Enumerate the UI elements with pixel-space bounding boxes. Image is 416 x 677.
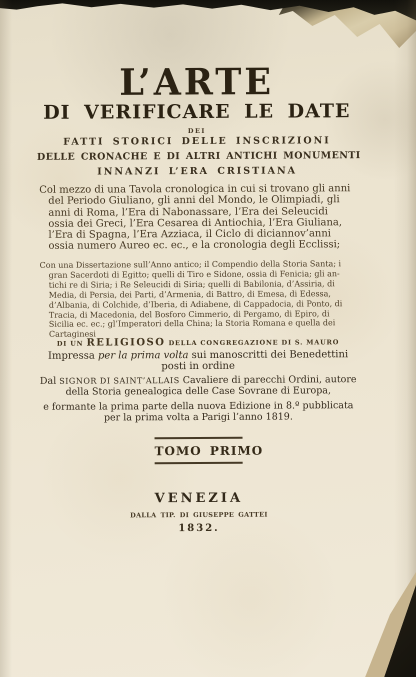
subtitle-line1: FATTI STORICI DELLE INSCRIZIONI — [37, 135, 357, 148]
impressa-tail: sui manoscritti dei Benedettini — [192, 349, 349, 361]
book-title-line1: L’ARTE — [37, 60, 357, 104]
page-left-shadow — [0, 0, 12, 677]
impressa-italic: per la prima volta — [98, 350, 189, 361]
imprint-year: 1832. — [39, 522, 359, 535]
author-prefix: DI UN — [57, 340, 84, 348]
imprint-city: VENEZIA — [39, 490, 359, 507]
saint-allais-line2: della Storia genealogica delle Case Sovr… — [38, 385, 358, 398]
impressa-line2: posti in ordine — [38, 360, 358, 373]
dei-label: DEI — [37, 126, 357, 136]
tavola-line: ossia numero Aureo ec. ec., e la cronolo… — [39, 240, 357, 253]
tavola-paragraph: Col mezzo di una Tavola cronologica in c… — [39, 183, 357, 252]
imprint-publisher: DALLA TIP. DI GIUSEPPE GATTEI — [39, 510, 359, 520]
book-title-page-photo: L’ARTE DI VERIFICARE LE DATE DEI FATTI S… — [0, 0, 416, 677]
dissertazione-line: Sicilia ec. ec.; gl’Imperatori della Chi… — [40, 319, 358, 331]
author-emphasis: RELIGIOSO — [86, 337, 165, 348]
author-suffix: DELLA CONGREGAZIONE DI S. MAURO — [169, 338, 340, 347]
volume-label: TOMO PRIMO — [155, 437, 243, 464]
saint-allais-lead: Dal — [40, 376, 56, 387]
subtitle-line2: DELLE CRONACHE E DI ALTRI ANTICHI MONUME… — [37, 150, 357, 163]
author-attribution-line: DI UN RELIGIOSO DELLA CONGREGAZIONE DI S… — [38, 336, 358, 349]
book-title-line2: DI VERIFICARE LE DATE — [37, 100, 357, 124]
impressa-lead: Impressa — [48, 351, 95, 362]
saint-allais-name: SIGNOR DI SAINT’ALLAIS — [59, 376, 179, 386]
saint-allais-tail: Cavaliere di parecchi Ordini, autore — [183, 374, 357, 386]
subtitle-line3: INNANZI L’ERA CRISTIANA — [37, 165, 357, 178]
dissertazione-paragraph: Con una Dissertazione sull’Anno antico; … — [40, 259, 358, 340]
printed-text-block: L’ARTE DI VERIFICARE LE DATE DEI FATTI S… — [36, 0, 360, 677]
edition-line2: per la prima volta a Parigi l’anno 1819. — [38, 411, 358, 424]
page-right-shadow — [394, 0, 416, 677]
